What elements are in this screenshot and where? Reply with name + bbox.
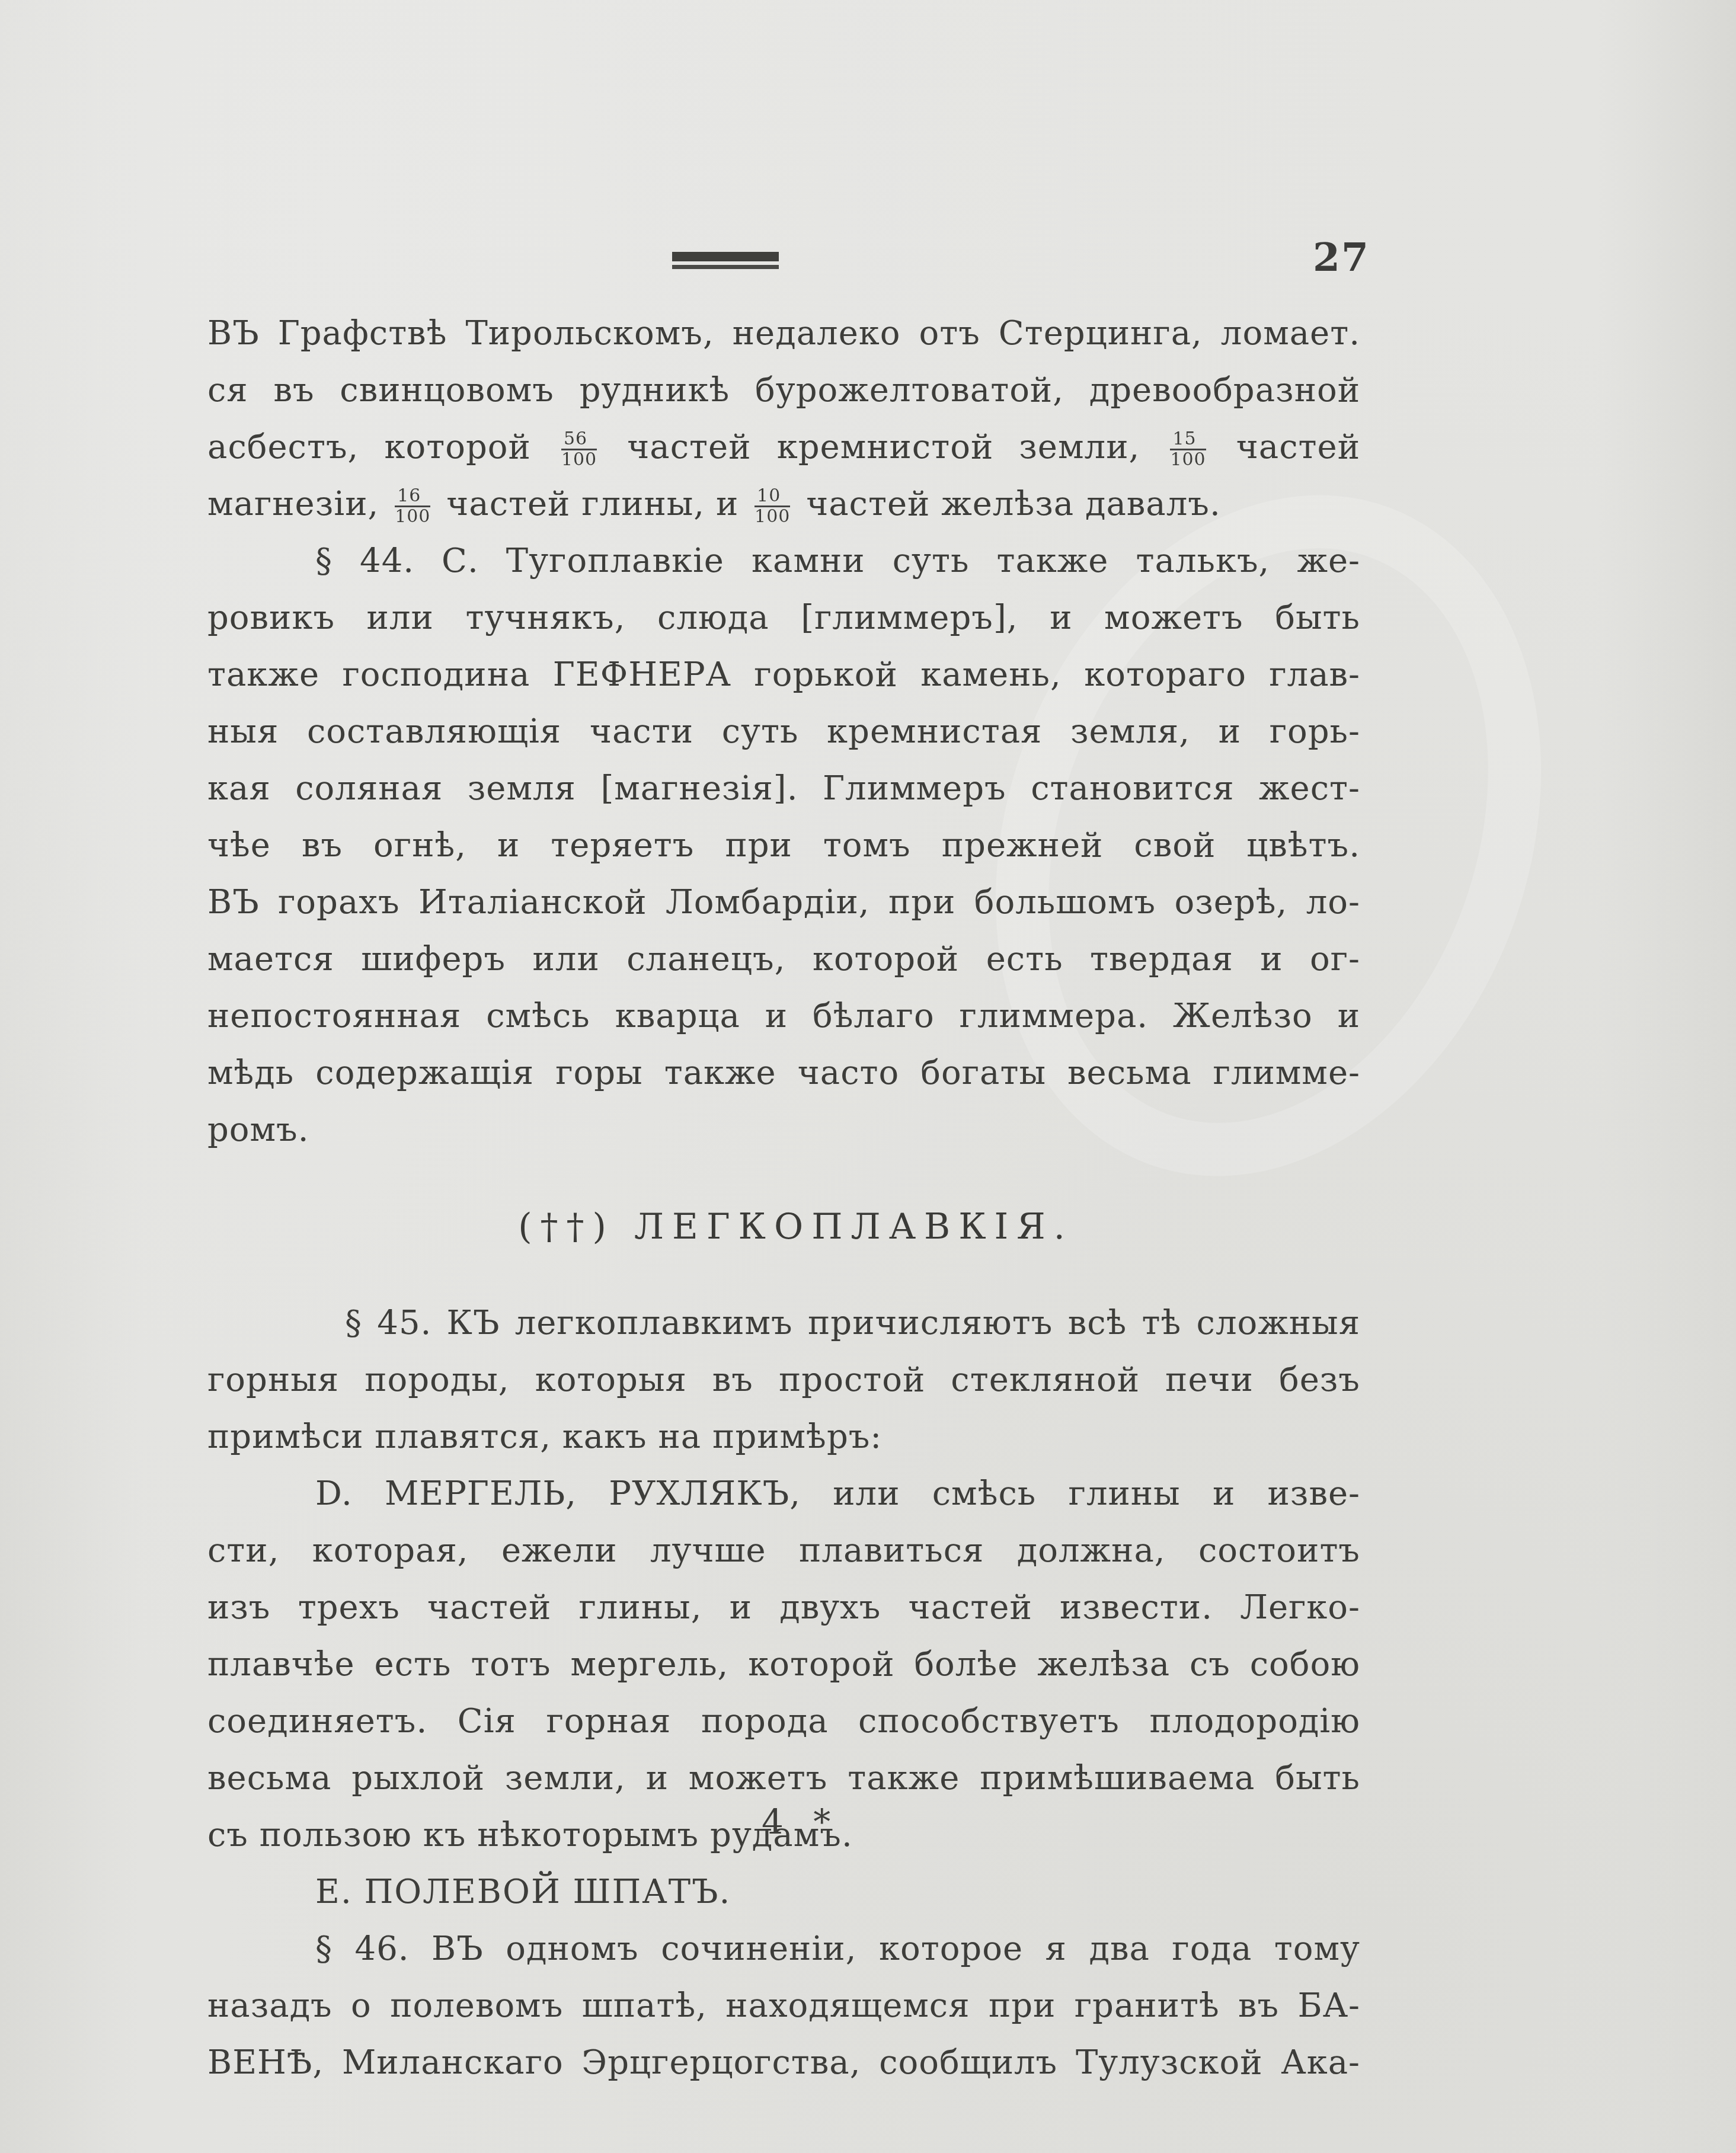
text-fragment: асбестъ, которой (207, 428, 531, 466)
fraction-numerator: 56 (561, 430, 597, 450)
text-fragment: частей желѣза давалъ. (806, 485, 1221, 523)
header-ornament-rule (672, 252, 779, 270)
book-page: 27 ВЪ Графствѣ Тирольскомъ, недалеко отъ… (0, 0, 1736, 2153)
section-45-line: примѣси плавятся, какъ на примѣръ: (207, 1409, 1360, 1466)
section-46-line: ВЕНѢ, Миланскаго Эрцгерцогства, сообщилъ… (207, 2034, 1360, 2091)
fraction-denominator: 100 (561, 450, 597, 469)
section-44-line: ромъ. (207, 1102, 1360, 1159)
section-45-line: горныя породы, которыя въ простой стекля… (207, 1352, 1360, 1409)
section-44-line: ВЪ горахъ Италіанской Ломбардіи, при бол… (207, 874, 1360, 931)
section-44-line: кая соляная земля [магнезія]. Глиммеръ с… (207, 760, 1360, 817)
subsection-heading-feldspar: E. ПОЛЕВОЙ ШПАТЪ. (207, 1864, 1360, 1921)
section-44-line: также господина ГЕФНЕРА горькой камень, … (207, 647, 1360, 703)
fraction: 56100 (561, 430, 597, 469)
fraction-numerator: 16 (395, 487, 430, 507)
section-44-line: чѣе въ огнѣ, и теряетъ при томъ прежней … (207, 817, 1360, 874)
fraction: 16100 (395, 487, 430, 526)
text-fragment: частей глины, и (446, 485, 738, 523)
marl-line: соединяетъ. Сія горная порода способству… (207, 1693, 1360, 1750)
text-fragment: частей кремнистой земли, (627, 428, 1140, 466)
spacer (207, 1159, 1360, 1194)
fraction: 10100 (754, 487, 790, 526)
marl-line: изъ трехъ частей глины, и двухъ частей и… (207, 1579, 1360, 1636)
text-line: ВЪ Графствѣ Тирольскомъ, недалеко отъ Ст… (207, 305, 1360, 362)
section-44-line: ровикъ или тучнякъ, слюда [глиммеръ], и … (207, 590, 1360, 647)
signature-mark: 4 * (762, 1802, 840, 1842)
section-44-line: § 44. С. Тугоплавкіе камни суть также та… (207, 533, 1360, 590)
marl-line: сти, которая, ежели лучше плавиться долж… (207, 1522, 1360, 1579)
section-44-line: непостоянная смѣсь кварца и бѣлаго глимм… (207, 988, 1360, 1045)
marl-line: плавчѣе есть тотъ мергель, которой болѣе… (207, 1636, 1360, 1693)
section-44-line: мѣдь содержащія горы также часто богаты … (207, 1045, 1360, 1102)
section-46-line: назадъ о полевомъ шпатѣ, находящемся при… (207, 1978, 1360, 2034)
ornament-thin-bar (672, 265, 779, 269)
text-fragment: магнезіи, (207, 485, 379, 523)
text-line: ся въ свинцовомъ рудникѣ бурожелтоватой,… (207, 362, 1360, 419)
section-heading: (††) ЛЕГКОПЛАВКІЯ. (207, 1194, 1360, 1259)
fraction-denominator: 100 (395, 507, 430, 526)
section-45-line: § 45. КЪ легкоплавкимъ причисляютъ всѣ т… (207, 1295, 1360, 1352)
section-44-line: ныя составляющія части суть кремнистая з… (207, 703, 1360, 760)
marl-line: весьма рыхлой земли, и можетъ также прим… (207, 1750, 1360, 1807)
section-46-line: § 46. ВЪ одномъ сочиненіи, которое я два… (207, 1921, 1360, 1978)
text-line-with-fractions: магнезіи, 16100 частей глины, и 10100 ча… (207, 476, 1360, 533)
ornament-thick-bar (672, 252, 779, 261)
fraction-numerator: 15 (1170, 430, 1206, 450)
page-number: 27 (1313, 234, 1370, 280)
spacer (207, 1259, 1360, 1295)
marl-line: D. МЕРГЕЛЬ, РУХЛЯКЪ, или смѣсь глины и и… (207, 1466, 1360, 1522)
fraction-denominator: 100 (1170, 450, 1206, 469)
fraction-numerator: 10 (754, 487, 790, 507)
text-line-with-fractions: асбестъ, которой 56100 частей кремнистой… (207, 419, 1360, 476)
text-fragment: частей (1236, 428, 1360, 466)
fraction-denominator: 100 (754, 507, 790, 526)
fraction: 15100 (1170, 430, 1206, 469)
section-44-line: мается шиферъ или сланецъ, которой есть … (207, 931, 1360, 988)
